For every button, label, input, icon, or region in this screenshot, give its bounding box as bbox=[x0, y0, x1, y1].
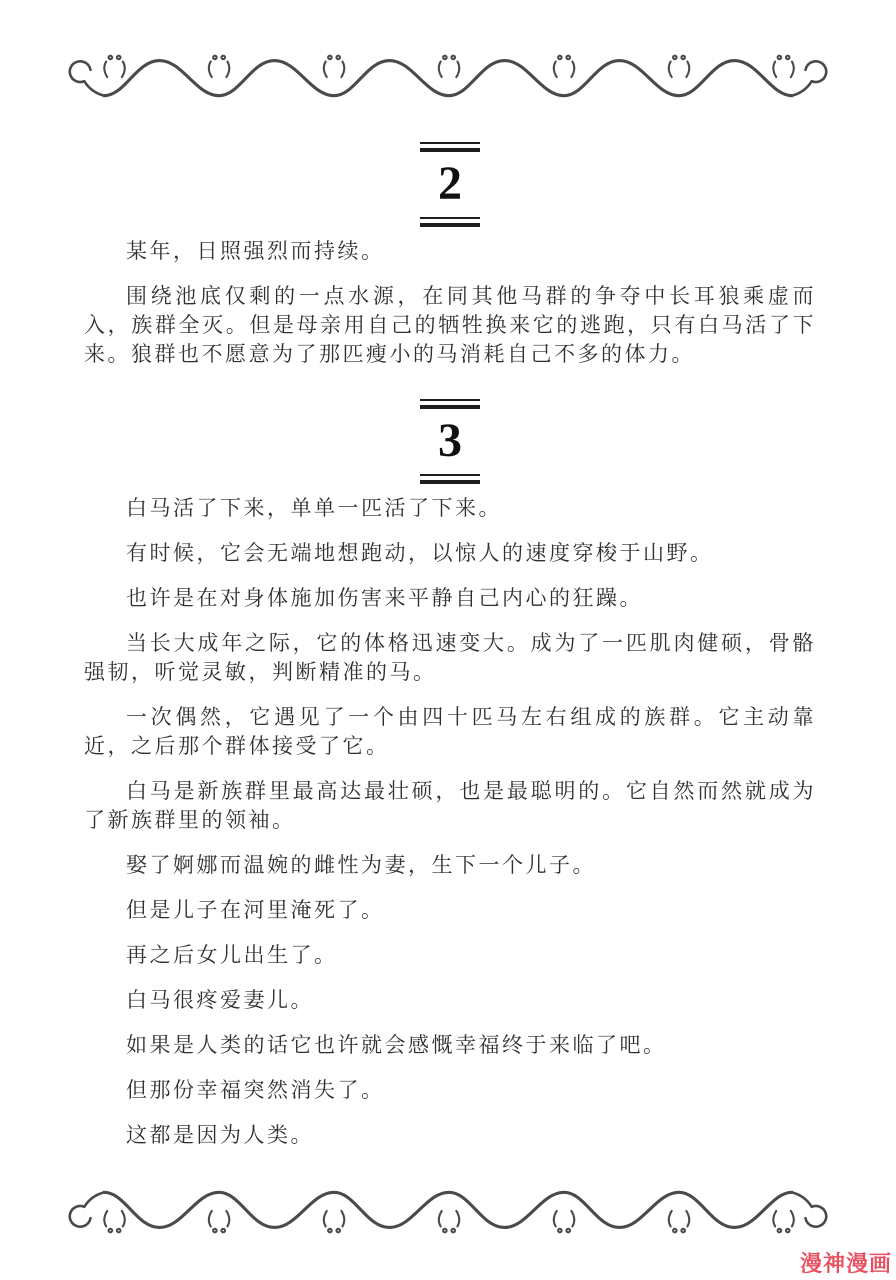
thick-rule bbox=[420, 480, 480, 484]
watermark: 漫神漫画 bbox=[800, 1247, 892, 1278]
thin-rule bbox=[420, 142, 480, 144]
thick-rule bbox=[420, 223, 480, 227]
section-header-3: 3 bbox=[420, 399, 480, 484]
paragraph: 但是儿子在河里淹死了。 bbox=[84, 896, 816, 925]
paragraph: 但那份幸福突然消失了。 bbox=[84, 1076, 816, 1105]
paragraph: 如果是人类的话它也许就会感慨幸福终于来临了吧。 bbox=[84, 1031, 816, 1060]
top-flourish-border-icon bbox=[56, 44, 840, 106]
thin-rule bbox=[420, 399, 480, 401]
section-number: 2 bbox=[420, 157, 480, 211]
thick-rule bbox=[420, 148, 480, 152]
paragraph: 白马是新族群里最高达最壮硕，也是最聪明的。它自然而然就成为了新族群里的领袖。 bbox=[84, 777, 816, 835]
paragraph: 围绕池底仅剩的一点水源，在同其他马群的争夺中长耳狼乘虚而入，族群全灭。但是母亲用… bbox=[84, 282, 816, 369]
thick-rule bbox=[420, 405, 480, 409]
double-rule-below bbox=[420, 474, 480, 484]
novel-page: 2某年，日照强烈而持续。围绕池底仅剩的一点水源，在同其他马群的争夺中长耳狼乘虚而… bbox=[0, 0, 896, 1280]
story-content: 2某年，日照强烈而持续。围绕池底仅剩的一点水源，在同其他马群的争夺中长耳狼乘虚而… bbox=[84, 142, 816, 1166]
paragraph: 有时候，它会无端地想跑动，以惊人的速度穿梭于山野。 bbox=[84, 539, 816, 568]
section-number: 3 bbox=[420, 414, 480, 468]
paragraph: 当长大成年之际，它的体格迅速变大。成为了一匹肌肉健硕，骨骼强韧，听觉灵敏，判断精… bbox=[84, 629, 816, 687]
double-rule-above bbox=[420, 142, 480, 152]
double-rule-above bbox=[420, 399, 480, 409]
paragraph: 白马很疼爱妻儿。 bbox=[84, 986, 816, 1015]
paragraph: 某年，日照强烈而持续。 bbox=[84, 237, 816, 266]
paragraph: 一次偶然，它遇见了一个由四十匹马左右组成的族群。它主动靠近，之后那个群体接受了它… bbox=[84, 703, 816, 761]
section-header-2: 2 bbox=[420, 142, 480, 227]
thin-rule bbox=[420, 217, 480, 219]
paragraph: 再之后女儿出生了。 bbox=[84, 941, 816, 970]
paragraph: 这都是因为人类。 bbox=[84, 1121, 816, 1150]
paragraph: 也许是在对身体施加伤害来平静自己内心的狂躁。 bbox=[84, 584, 816, 613]
paragraph: 娶了婀娜而温婉的雌性为妻，生下一个儿子。 bbox=[84, 851, 816, 880]
double-rule-below bbox=[420, 217, 480, 227]
thin-rule bbox=[420, 474, 480, 476]
bottom-flourish-border-icon bbox=[56, 1182, 840, 1244]
paragraph: 白马活了下来，单单一匹活了下来。 bbox=[84, 494, 816, 523]
